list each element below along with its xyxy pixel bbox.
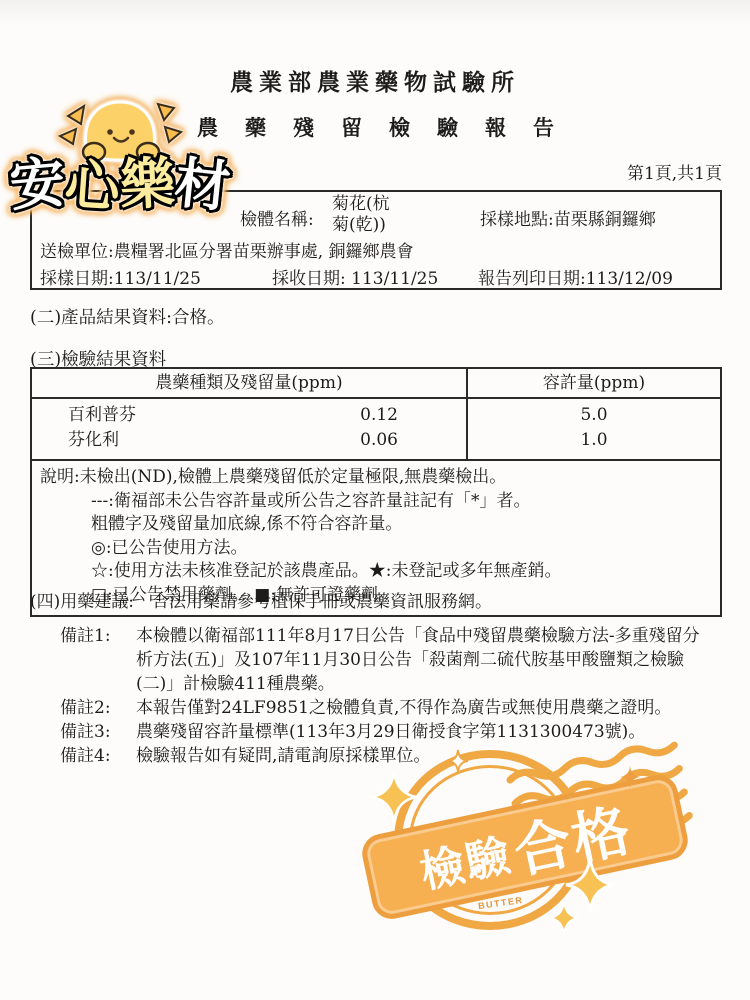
- explanation-label: 說明:: [40, 467, 80, 487]
- limit-value: 5.0: [468, 403, 720, 428]
- anxin-sticker-logo: 安 心 樂 材: [4, 94, 248, 232]
- logo-char-cai: 材: [172, 152, 233, 218]
- sampling-location-value: 苗栗縣銅鑼鄉: [554, 210, 656, 230]
- remark-item: 備註1: 本檢體以衛福部111年8月17日公告「食品中殘留農藥檢驗方法-多重殘留…: [60, 624, 708, 696]
- product-result-section: (二)產品結果資料:合格。: [30, 304, 225, 329]
- logo-char-an: 安: [7, 152, 67, 217]
- result-table-header: 農藥種類及殘留量(ppm) 容許量(ppm): [32, 369, 720, 399]
- sample-name-value: 菊花(杭 菊(乾)): [332, 194, 390, 236]
- medication-advice-section: (四)用藥建議:合法用藥請參考植保手冊或農藥資訊服務網。: [30, 587, 492, 612]
- report-page: 農業部農業藥物試驗所 農藥殘留檢驗報告 第1頁,共1頁 安 心 樂 材 檢體名稱…: [0, 0, 750, 1000]
- remark-item: 備註2: 本報告僅對24LF9851之檢體負責,不得作為廣告或無使用農藥之證明。: [60, 696, 708, 720]
- pesticide-name: 百利普芬: [68, 403, 136, 428]
- remark-text: 本檢體以衛福部111年8月17日公告「食品中殘留農藥檢驗方法-多重殘留分析方法(…: [136, 624, 702, 696]
- limit-value: 1.0: [468, 428, 720, 453]
- pesticide-name: 芬化利: [68, 428, 119, 453]
- logo-char-le: 樂: [118, 153, 176, 216]
- remark-label: 備註2:: [60, 696, 136, 720]
- remark-text: 本報告僅對24LF9851之檢體負責,不得作為廣告或無使用農藥之證明。: [136, 696, 702, 720]
- remark-text: 農藥殘留容許量標準(113年3月29日衛授食字第1131300473號)。: [136, 720, 702, 744]
- remark-label: 備註4:: [60, 744, 136, 768]
- advice-text: 合法用藥請參考植保手冊或農藥資訊服務網。: [152, 592, 492, 612]
- explanation-line: ---:衛福部未公告容許量或所公告之容許量註記有「*」者。: [91, 490, 712, 514]
- remark-label: 備註1:: [60, 624, 136, 696]
- logo-wordmark: 安 心 樂 材: [10, 154, 230, 215]
- sampling-location-label: 採樣地點:: [480, 210, 554, 230]
- table-row: 芬化利 0.06 1.0: [32, 428, 720, 453]
- sample-name-label: 檢體名稱:: [240, 205, 314, 230]
- advice-label: (四)用藥建議:: [30, 592, 134, 612]
- harvest-date: 採收日期: 113/11/25: [272, 264, 438, 289]
- remark-label: 備註3:: [60, 720, 136, 744]
- limit-column-header: 容許量(ppm): [466, 369, 720, 397]
- remark-item: 備註3: 農藥殘留容許量標準(113年3月29日衛授食字第1131300473號…: [60, 720, 708, 744]
- submitter-label: 送檢單位:: [40, 242, 114, 262]
- residue-value: 0.06: [292, 428, 398, 453]
- pesticide-column-header: 農藥種類及殘留量(ppm): [32, 369, 466, 397]
- inspection-passed-stamp: 檢驗 合格 BUTTER: [362, 742, 707, 974]
- page-number: 第1頁,共1頁: [627, 159, 722, 184]
- organization-title: 農業部農業藥物試驗所: [0, 64, 750, 97]
- explanation-line: 粗體字及殘留量加底線,係不符合容許量。: [91, 513, 712, 537]
- explanation-line: ◎:已公告使用方法。: [91, 537, 712, 561]
- sampling-location-row: 採樣地點:苗栗縣銅鑼鄉: [480, 205, 656, 230]
- sample-name-line2: 菊(乾)): [332, 215, 390, 236]
- result-table-body: 百利普芬 0.12 5.0 芬化利 0.06 1.0: [32, 399, 720, 461]
- print-date: 報告列印日期:113/12/09: [478, 264, 673, 289]
- explanation-line: ☆:使用方法未核准登記於該農產品。★:未登記或多年無產銷。: [91, 560, 712, 584]
- submitter-row: 送檢單位:農糧署北區分署苗栗辦事處, 銅鑼鄉農會: [40, 237, 414, 262]
- explanation-line: 說明:未檢出(ND),檢體上農藥殘留低於定量極限,無農藥檢出。: [40, 466, 712, 490]
- sample-name-line1: 菊花(杭: [332, 194, 390, 215]
- sampling-date: 採樣日期:113/11/25: [40, 264, 201, 289]
- result-table: 農藥種類及殘留量(ppm) 容許量(ppm) 百利普芬 0.12 5.0 芬化利…: [30, 367, 722, 617]
- table-row: 百利普芬 0.12 5.0: [32, 403, 720, 428]
- residue-value: 0.12: [292, 403, 398, 428]
- submitter-value: 農糧署北區分署苗栗辦事處, 銅鑼鄉農會: [114, 242, 414, 262]
- logo-char-xin: 心: [63, 154, 122, 218]
- sparkle-stars-icon: [362, 742, 707, 974]
